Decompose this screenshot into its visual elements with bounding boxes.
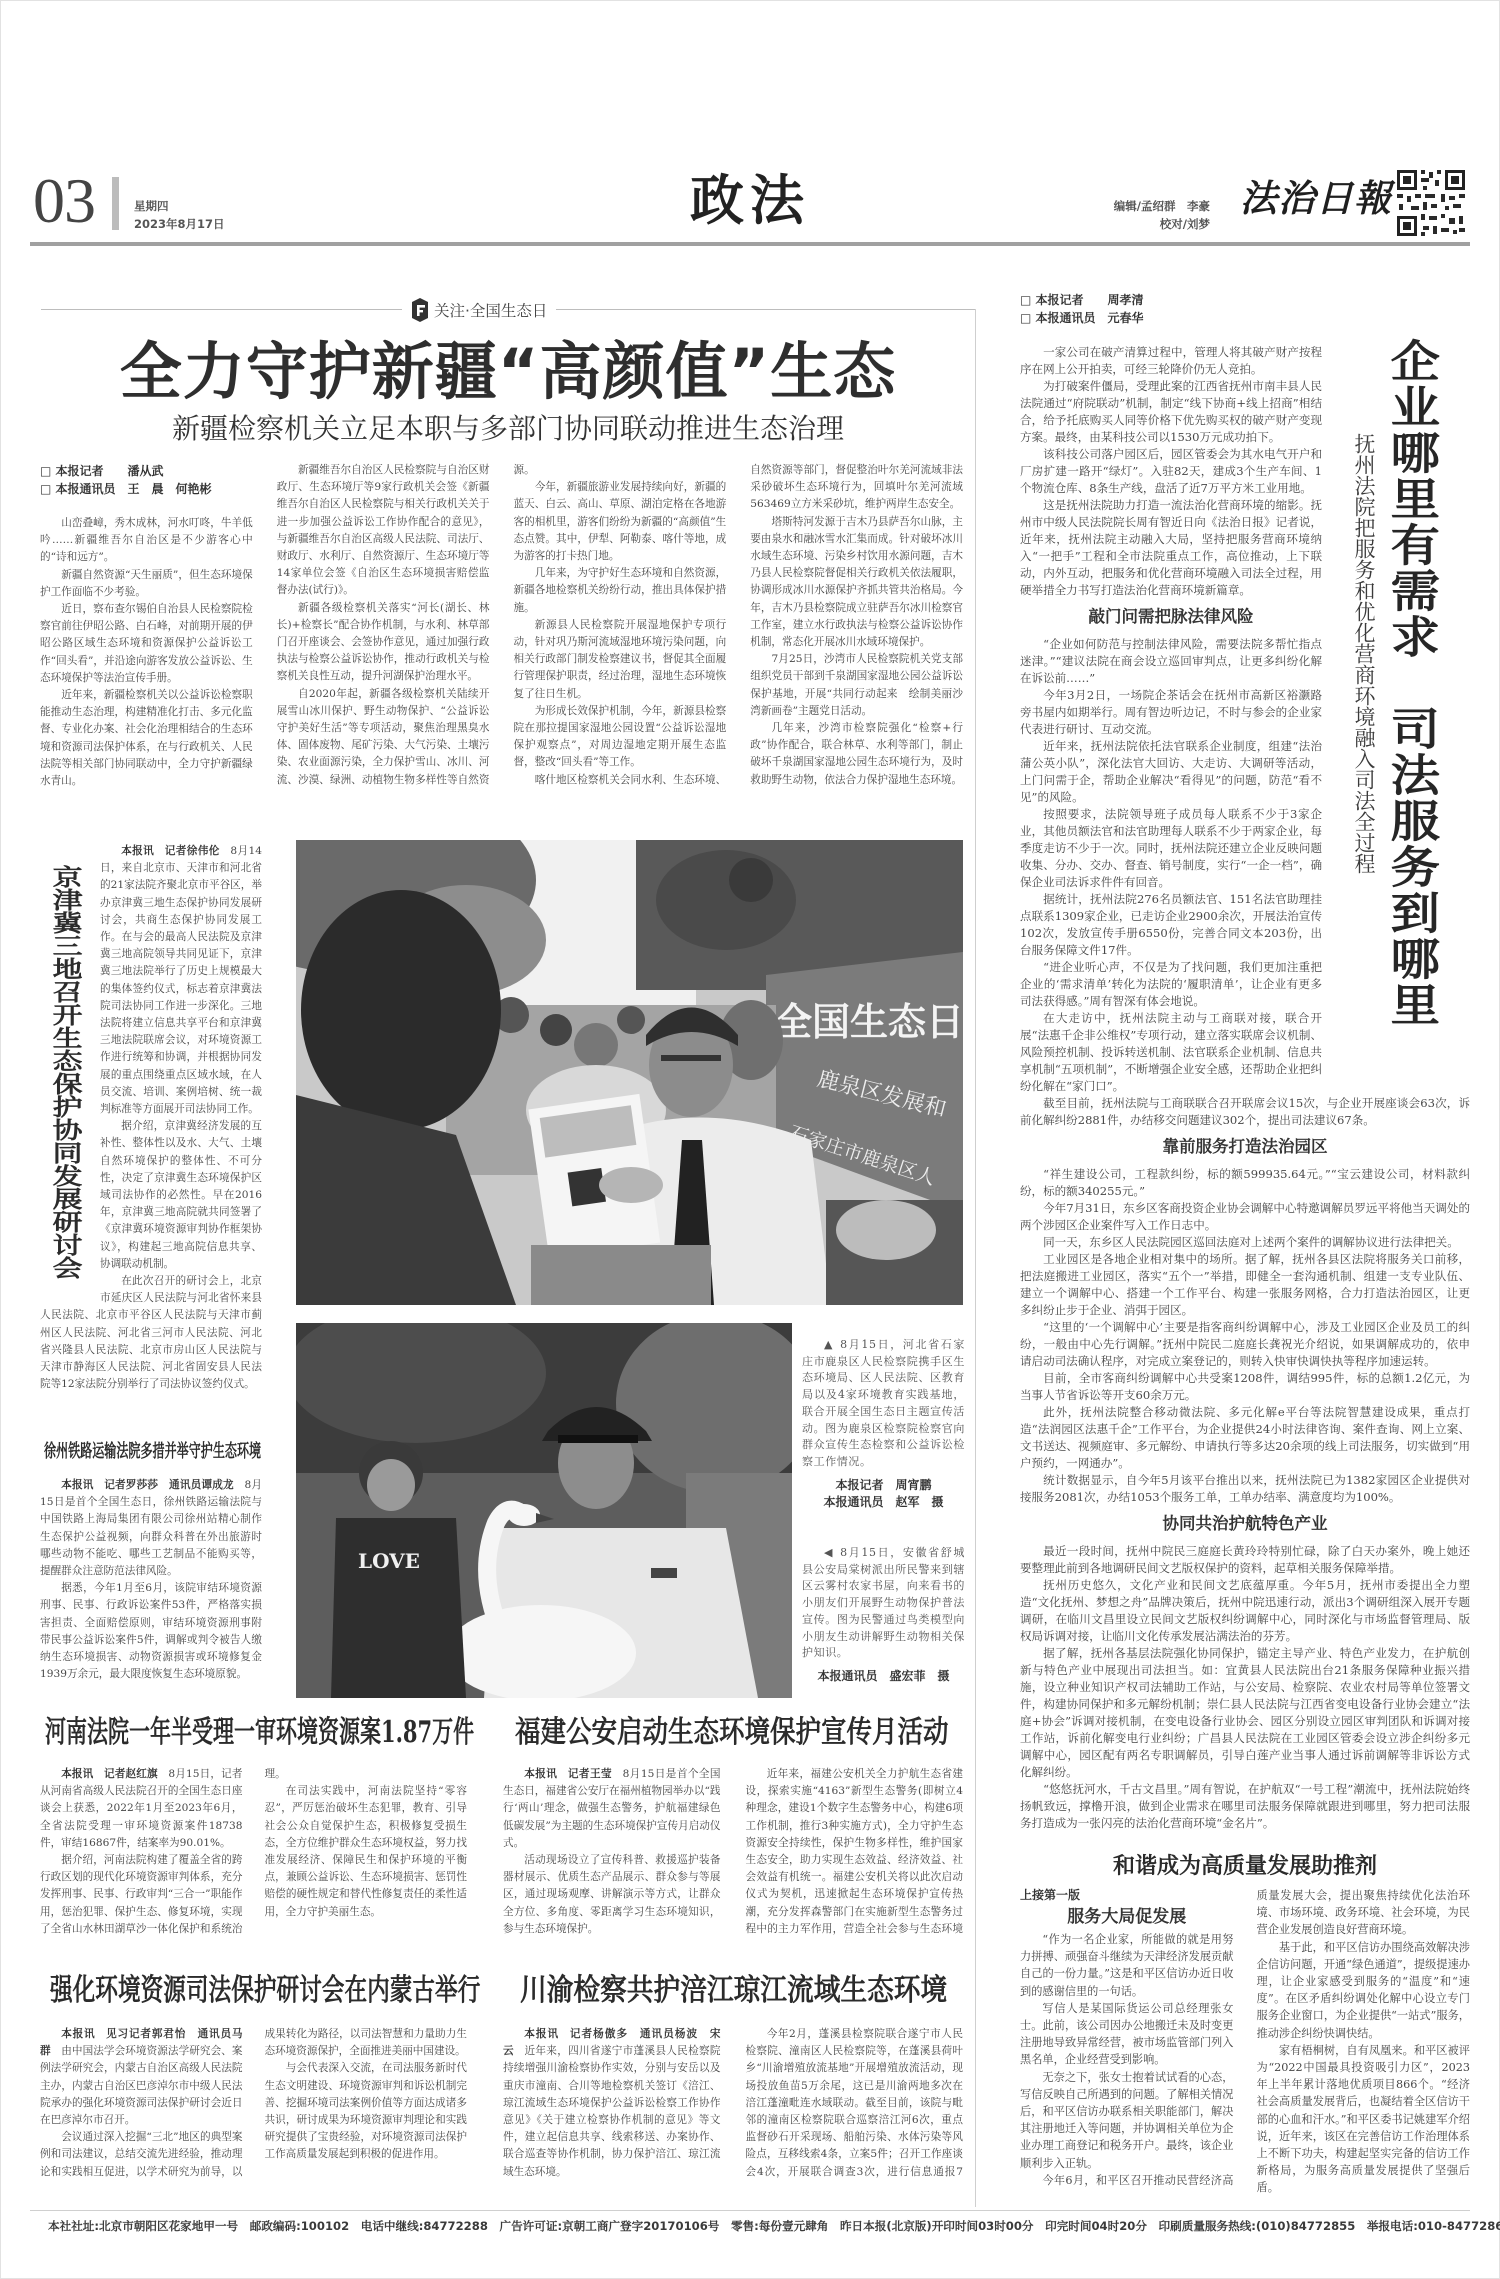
editors-credit: 编辑/孟绍群 李豪 — [1060, 199, 1210, 213]
xuzhou-headline: 徐州铁路运输法院多措并举守护生态环境 — [44, 1441, 261, 1463]
topic-tag: 关注·全国生态日 — [402, 298, 556, 322]
article-paragraph: “作为一名企业家，所能做的就是用努力拼搏、顽强奋斗继续为天津经济发展贡献自己的一… — [1020, 1931, 1234, 2000]
xuzhou-article: 本报讯记者罗莎莎 通讯员谭成龙8月15日是首个全国生态日，徐州铁路运输法院与中国… — [40, 1477, 262, 1692]
fuzhou-headline-block: 抚州法院把服务和优化营商环境融入司法全过程 企业哪里有需求 司法服务到哪里 — [1322, 291, 1470, 1063]
photo-credit: 本报记者 周宵鹏 — [802, 1477, 965, 1494]
paragraph-text: 8月14日，来自北京市、天津市和河北省的21家法院齐聚北京市平谷区，举办京津冀三… — [100, 845, 262, 1115]
caption-body: 8月15日，河北省石家庄市鹿泉区人民检察院携手区生态环境局、区人民法院、区教育局… — [802, 1338, 965, 1468]
paragraph-text: 由中国法学会环境资源法学研究会、案例法学研究会，内蒙古自治区高级人民法院主办，内… — [40, 2045, 243, 2126]
fuzhou-article: 抚州法院把服务和优化营商环境融入司法全过程 企业哪里有需求 司法服务到哪里 □ … — [1020, 291, 1470, 1831]
fuzhou-headline-part-1: 企业哪里有需求 — [1385, 338, 1434, 660]
column-divider — [975, 309, 976, 2207]
neimenggu-headline: 强化环境资源司法保护研讨会在内蒙古举行 — [50, 1974, 480, 2008]
dateline: 本报讯 — [61, 2028, 95, 2040]
dateline: 本报讯 — [524, 2028, 559, 2040]
reporter: 记者徐伟伦 — [165, 845, 220, 857]
article-paragraph: 本报讯见习记者郭君怡 通讯员马群由中国法学会环境资源法学研究会、案例法学研究会，… — [40, 2026, 243, 2129]
article-paragraph: 7月25日，沙湾市人民检察院机关党支部组织党员干部到千泉湖国家湿地公园公益诉讼保… — [750, 651, 963, 720]
photo-banner-text: 全国生态日 — [774, 1000, 963, 1044]
article-paragraph: 新疆各级检察机关落实“河长(湖长、林长)+检察长”配合协作机制，与水利、林草部门… — [277, 600, 490, 686]
article-paragraph: 为形成长效保护机制，今年，新源县检察院在那拉提国家湿地公园设置“公益诉讼湿地保护… — [514, 703, 727, 772]
caption-text: ▲8月15日，河北省石家庄市鹿泉区人民检察院携手区生态环境局、区人民法院、区教育… — [802, 1337, 965, 1471]
article-paragraph: 本报讯记者罗莎莎 通讯员谭成龙8月15日是首个全国生态日，徐州铁路运输法院与中国… — [40, 1477, 262, 1580]
qr-code-icon — [1397, 170, 1465, 236]
lead-subheadline: 新疆检察机关立足本职与多部门协同联动推进生态治理 — [41, 412, 975, 446]
article-paragraph: 几年来，沙湾市检察院强化“检察+行政”协作配合，联合林草、水利等部门，制止破坏千… — [750, 720, 963, 789]
article-paragraph: 新疆自然资源“天生丽质”，但生态环境保护工作面临不少考验。 — [40, 567, 253, 601]
photo-caption-1: ▲8月15日，河北省石家庄市鹿泉区人民检察院携手区生态环境局、区人民法院、区教育… — [802, 1337, 965, 1511]
fujian-article: 本报讯记者王莹8月15日是首个全国生态日，福建省公安厅在福州植物园举办以“践行‘… — [503, 1766, 963, 1942]
article-paragraph: 近年来，新疆检察机关以公益诉讼检察职能推动生态治理，构建精准化打击、多元化监督、… — [40, 687, 253, 790]
reporter: 记者王莹 — [568, 1768, 612, 1780]
article-paragraph: 统计数据显示，自今年5月该平台推出以来，抚州法院已为1382家园区企业提供对接服… — [1020, 1472, 1470, 1506]
neimenggu-article: 本报讯见习记者郭君怡 通讯员马群由中国法学会环境资源法学研究会、案例法学研究会，… — [40, 2026, 467, 2192]
footer-rule — [30, 2210, 1470, 2211]
article-paragraph: 今年2月，蓬溪县检察院联合遂宁市人民检察院、潼南区人民检察院等，在蓬溪县荷叶乡“… — [746, 2026, 964, 2192]
article-paragraph: 无奈之下，张女士抱着试试看的心态，写信反映自己所遇到的问题。了解相关情况后，和平… — [1020, 2069, 1234, 2172]
henan-article: 本报讯记者赵红旗8月15日，记者从河南省高级人民法院召开的全国生态日座谈会上获悉… — [40, 1766, 467, 1942]
paragraph-text: 8月15日是首个全国生态日，徐州铁路运输法院与中国铁路上海局集团有限公司徐州站精… — [40, 1479, 262, 1577]
article-paragraph: 此外，抚州法院整合移动微法院、多元化解e平台等法院智慧建设成果，重点打造“法润园… — [1020, 1404, 1470, 1472]
chuanyu-headline: 川渝检察共护涪江琼江流域生态环境 — [520, 1974, 947, 2008]
weekday: 星期四 — [134, 199, 169, 213]
article-paragraph: 基于此，和平区信访办围绕高效解决涉企信访问题，开通“绿色通道”，提级提速办理，让… — [1257, 1939, 1471, 2042]
article-paragraph: 塔斯特河发源于吉木乃县萨吾尔山脉，主要由泉水和融冰雪水汇集而成。针对破坏冰川水域… — [750, 514, 963, 652]
page-number-divider — [112, 177, 119, 230]
article-paragraph: “这里的‘一个调解中心’主要是指客商纠纷调解中心，涉及工业园区企业及员工的纠纷，… — [1020, 1319, 1470, 1370]
article-paragraph: 据了解，抚州各基层法院强化协同保护，锚定主导产业、特色产业发力，在护航创新与特色… — [1020, 1645, 1470, 1781]
photo-ecology-day-promotion: 全国生态日 鹿泉区发展和 石家庄市鹿泉区人 — [296, 840, 963, 1305]
article-paragraph: 本报讯记者杨傲多 通讯员杨波 宋云近年来，四川省遂宁市蓬溪县人民检察院持续增强川… — [503, 2026, 721, 2181]
dateline: 本报讯 — [61, 1768, 93, 1780]
article-paragraph: 近日，察布查尔锡伯自治县人民检察院检察官前往伊昭公路、白石峰，对前期开展的伊昭公… — [40, 601, 253, 687]
article-paragraph: 活动现场设立了宣传科普、救援巡护装备器材展示、优质生态产品展示、群众参与等展区，… — [503, 1852, 721, 1938]
article-paragraph: 新疆维吾尔自治区人民检察院与自治区财政厅、生态环境厅等9家行政机关会签《新疆维吾… — [277, 462, 490, 600]
article-paragraph: 抚州历史悠久，文化产业和民间文艺底蕴厚重。今年5月，抚州市委提出全力塑造“文化抚… — [1020, 1577, 1470, 1645]
article-paragraph: 新源县人民检察院开展湿地保护专项行动，针对巩乃斯河流域湿地环境污染问题，向相关行… — [514, 617, 727, 703]
proofreader-credit: 校对/刘梦 — [1060, 217, 1210, 231]
heping-article: 上接第一版 服务大局促发展 “作为一名企业家，所能做的就是用努力拼搏、顽强奋斗继… — [1020, 1887, 1470, 2199]
reporter: 记者赵红旗 — [104, 1768, 158, 1780]
photo-shirt-text: LOVE — [358, 1549, 420, 1573]
photo-credit: 本报通讯员 盛宏菲 摄 — [802, 1668, 965, 1685]
fujian-headline: 福建公安启动生态环境保护宣传月活动 — [515, 1716, 949, 1750]
lead-headline: 全力守护新疆“高颜值”生态 — [41, 337, 975, 407]
article-paragraph: 本报讯记者赵红旗8月15日，记者从河南省高级人民法院召开的全国生态日座谈会上获悉… — [40, 1766, 243, 1852]
topic-tag-icon — [411, 298, 429, 322]
article-paragraph: 目前，全市客商纠纷调解中心共受案1208件，调结995件，标的总额1.2亿元，为… — [1020, 1370, 1470, 1404]
topic-tag-label: 关注·全国生态日 — [434, 299, 547, 321]
photo-police-wildlife-lesson: LOVE — [296, 1323, 792, 1698]
paragraph-text: 8月15日是首个全国生态日，福建省公安厅在福州植物园举办以“践行‘两山’理念，做… — [503, 1768, 721, 1849]
byline: □ 本报通讯员 王 晨 何艳彬 — [40, 480, 253, 498]
article-paragraph: 与会代表深入交流，在司法服务新时代生态文明建设、环境资源审判和诉讼机制完善、挖掘… — [265, 2060, 468, 2163]
article-paragraph: 截至目前，抚州法院与工商联联合召开联席会议15次，与企业开展座谈会63次，诉前化… — [1020, 1095, 1470, 1129]
lead-story-body: □ 本报记者 潘从武 □ 本报通讯员 王 晨 何艳彬 山峦叠嶂，秀木成林，河水叮… — [40, 462, 963, 806]
newspaper-page: 03 星期四 2023年8月17日 政法 编辑/孟绍群 李豪 校对/刘梦 法治日… — [0, 0, 1500, 2279]
paragraph-text: 8月15日，记者从河南省高级人民法院召开的全国生态日座谈会上获悉，2022年1月… — [40, 1768, 243, 1849]
article-paragraph: 家有梧桐树，自有凤凰来。和平区被评为“2022中国最具投资吸引力区”，2023年… — [1257, 2042, 1471, 2197]
dateline: 本报讯 — [524, 1768, 557, 1780]
henan-headline: 河南法院一年半受理一审环境资源案1.87万件 — [45, 1716, 474, 1750]
jingjinji-headline: 京津冀三地召开生态保护协同发展研讨会 — [50, 865, 80, 1279]
up-arrow-icon: ▲ — [824, 1338, 834, 1351]
section-title: 政法 — [660, 172, 840, 228]
article-paragraph: 最近一段时间，抚州中院民三庭庭长黄玲玲特别忙碌，除了白天办案外，晚上她还要整理此… — [1020, 1543, 1470, 1577]
section-subhead: 协同共治护航特色产业 — [1020, 1514, 1470, 1534]
imprint-footer: 本社社址:北京市朝阳区花家地甲一号 邮政编码:100102 电话中继线:8477… — [48, 2218, 1500, 2234]
dateline: 本报讯 — [121, 845, 154, 857]
article-paragraph: 今年，新疆旅游业发展持续向好，新疆的蓝天、白云、高山、草原、湖泊定格在各地游客的… — [514, 479, 727, 565]
issue-date: 2023年8月17日 — [134, 217, 225, 231]
byline: □ 本报记者 潘从武 — [40, 462, 253, 480]
caption-paragraph: ◀8月15日，安徽省舒城县公安局棠树派出所民警来到辖区云雾村农家书屋，向来看书的… — [802, 1545, 965, 1662]
article-paragraph: 写信人是某国际货运公司总经理张女士。此前，该公司因办公地搬迁未及时变更注册地导致… — [1020, 2000, 1234, 2069]
caption-text: ◀8月15日，安徽省舒城县公安局棠树派出所民警来到辖区云雾村农家书屋，向来看书的… — [802, 1545, 965, 1662]
article-paragraph: 同一天，东乡区人民法院园区巡回法庭对上述两个案件的调解协议进行法律把关。 — [1020, 1234, 1470, 1251]
heping-headline: 和谐成为高质量发展助推剂 — [1020, 1854, 1470, 1878]
article-paragraph: 本报讯记者王莹8月15日是首个全国生态日，福建省公安厅在福州植物园举办以“践行‘… — [503, 1766, 721, 1852]
jingjinji-headline-block: 京津冀三地召开生态保护协同发展研讨会 — [40, 843, 100, 1295]
paragraph-text: 近年来，四川省遂宁市蓬溪县人民检察院持续增强川渝检察协作实效，分别与安岳以及重庆… — [503, 2045, 721, 2177]
article-paragraph: “悠悠抚河水，千古文昌里。”周有智说，在护航双“一号工程”潮流中，抚州法院始终扬… — [1020, 1781, 1470, 1831]
section-subhead: 服务大局促发展 — [1020, 1906, 1234, 1928]
left-arrow-icon: ◀ — [824, 1546, 834, 1559]
page-number: 03 — [33, 169, 95, 233]
dateline: 本报讯 — [61, 1479, 93, 1491]
chuanyu-article: 本报讯记者杨傲多 通讯员杨波 宋云近年来，四川省遂宁市蓬溪县人民检察院持续增强川… — [503, 2026, 963, 2192]
fuzhou-headline-part-2: 司法服务到哪里 — [1385, 706, 1434, 1028]
article-paragraph: 几年来，为守护好生态环境和自然资源，新疆各地检察机关纷纷行动，推出具体保护措施。 — [514, 565, 727, 617]
article-paragraph: 在司法实践中，河南法院坚持“零容忍”，严厉惩治破坏生态犯罪，教育、引导社会公众自… — [265, 1783, 468, 1921]
photo-image: 全国生态日 鹿泉区发展和 石家庄市鹿泉区人 — [296, 840, 963, 1305]
article-paragraph: “祥生建设公司，工程款纠纷，标的额599935.64元。”“宝云建设公司，材料款… — [1020, 1166, 1470, 1200]
caption-body: 8月15日，安徽省舒城县公安局棠树派出所民警来到辖区云雾村农家书屋，向来看书的小… — [802, 1546, 965, 1659]
caption-paragraph: ▲8月15日，河北省石家庄市鹿泉区人民检察院携手区生态环境局、区人民法院、区教育… — [802, 1337, 965, 1471]
article-paragraph: 工业园区是各地企业相对集中的场所。据了解，抚州各县区法院将服务关口前移，把法庭搬… — [1020, 1251, 1470, 1319]
article-paragraph: 近年来，福建公安机关全力护航生态省建设，探索实施“4163”新型生态警务(即树立… — [746, 1766, 964, 1942]
photo-image: LOVE — [296, 1323, 792, 1698]
article-paragraph: 今年7月31日，东乡区客商投资企业协会调解中心特邀调解员罗远平将他当天调处的两个… — [1020, 1200, 1470, 1234]
header-rule — [30, 242, 1470, 246]
reporter: 记者罗莎莎 通讯员谭成龙 — [104, 1479, 234, 1491]
photo-caption-2: ◀8月15日，安徽省舒城县公安局棠树派出所民警来到辖区云雾村农家书屋，向来看书的… — [802, 1545, 965, 1685]
continued-from-label: 上接第一版 — [1020, 1887, 1234, 1904]
article-paragraph: 山峦叠嶂，秀木成林，河水叮咚，牛羊低吟……新疆维吾尔自治区是不少游客心中的“诗和… — [40, 515, 253, 567]
article-paragraph: 据悉，今年1月至6月，该院审结环境资源刑事、民事、行政诉讼案件53件，严格落实损… — [40, 1580, 262, 1683]
photo-credit: 本报通讯员 赵军 摄 — [802, 1494, 965, 1511]
fuzhou-subheadline: 抚州法院把服务和优化营商环境融入司法全过程 — [1353, 433, 1374, 874]
masthead-logo: 法治日報 — [1240, 174, 1396, 222]
jingjinji-article: 京津冀三地召开生态保护协同发展研讨会 本报讯记者徐伟伦8月14日，来自北京市、天… — [40, 843, 262, 1409]
section-subhead: 靠前服务打造法治园区 — [1020, 1137, 1470, 1157]
